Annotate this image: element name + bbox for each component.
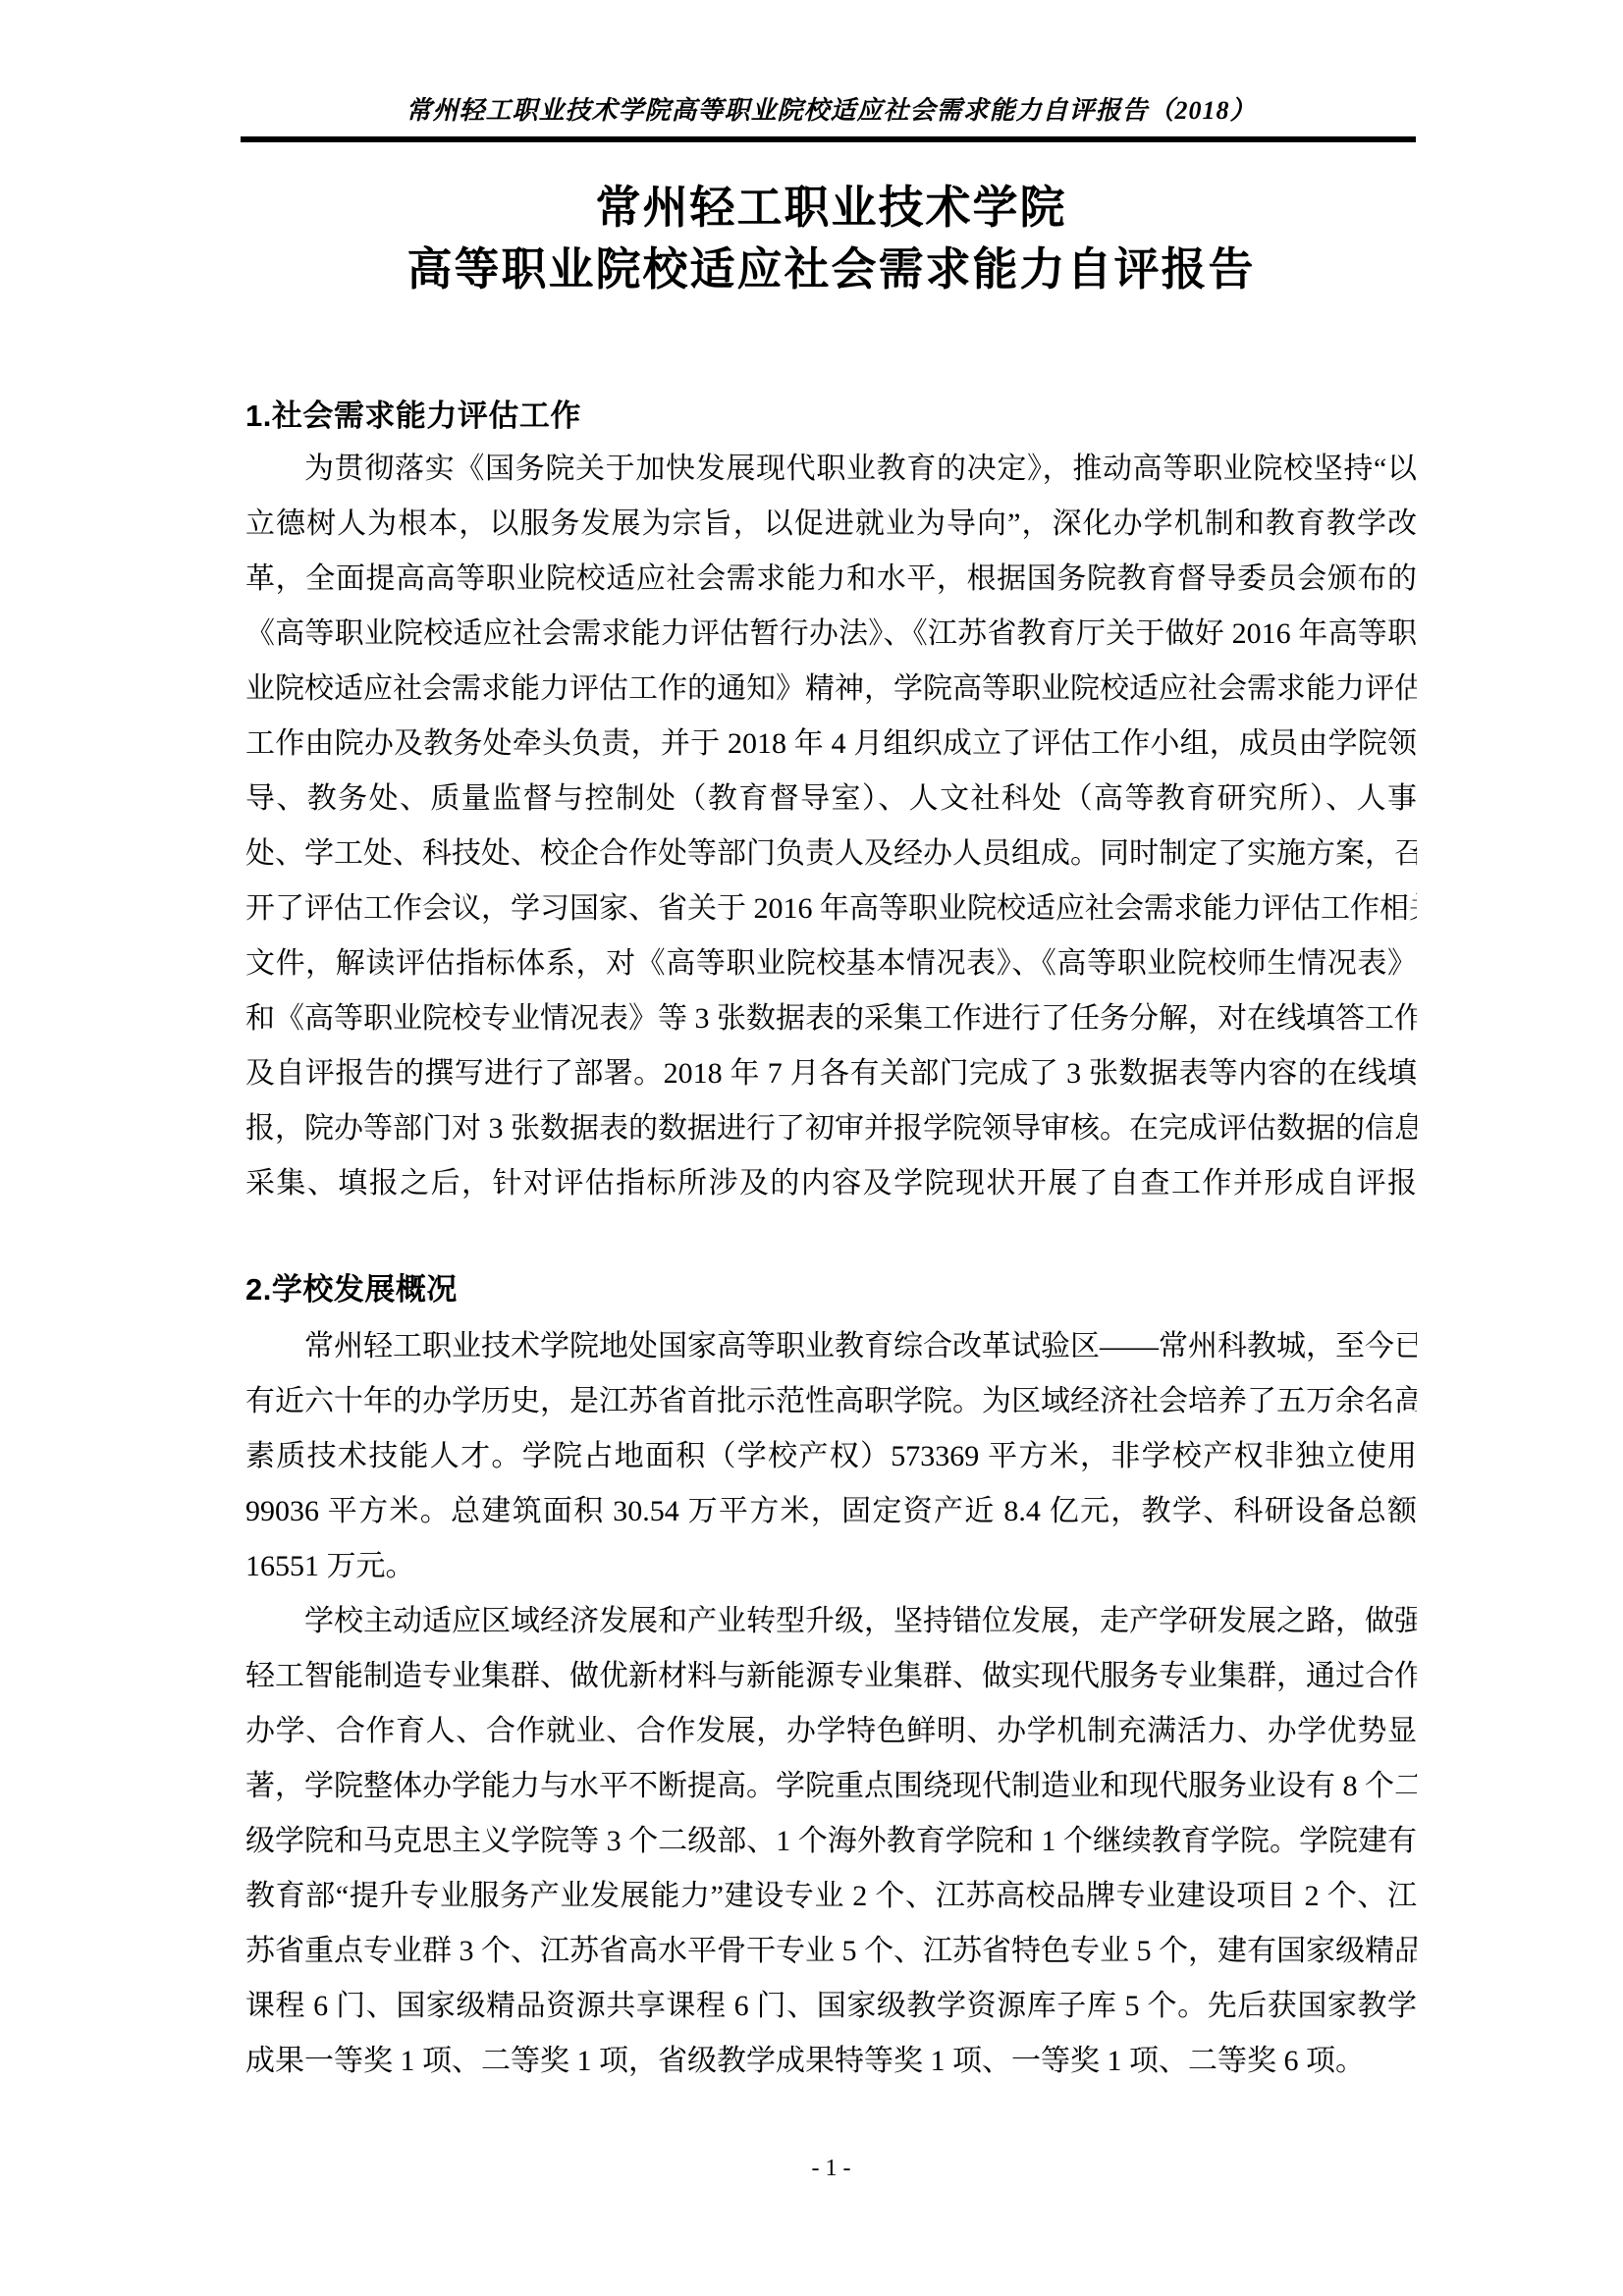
text-line: 处、学工处、科技处、校企合作处等部门负责人及经办人员组成。同时制定了实施方案，召 bbox=[245, 827, 1417, 881]
text-line: 文件，解读评估指标体系，对《高等职业院校基本情况表》、《高等职业院校师生情况表》 bbox=[245, 936, 1417, 991]
text-line: 素质技术技能人才。学院占地面积（学校产权）573369 平方米，非学校产权非独立… bbox=[245, 1429, 1417, 1484]
text-line: 16551 万元。 bbox=[245, 1539, 1417, 1594]
section-2-paragraph-1: 常州轻工职业技术学院地处国家高等职业教育综合改革试验区——常州科教城，至今已有近… bbox=[245, 1319, 1417, 1594]
text-line: 成果一等奖 1 项、二等奖 1 项，省级教学成果特等奖 1 项、一等奖 1 项、… bbox=[245, 2034, 1417, 2089]
text-line: 为贯彻落实《国务院关于加快发展现代职业教育的决定》，推动高等职业院校坚持“以 bbox=[245, 442, 1417, 497]
text-line: 工作由院办及教务处牵头负责，并于 2018 年 4 月组织成立了评估工作小组，成… bbox=[245, 717, 1417, 772]
text-line: 苏省重点专业群 3 个、江苏省高水平骨干专业 5 个、江苏省特色专业 5 个，建… bbox=[245, 1924, 1417, 1979]
text-line: 及自评报告的撰写进行了部署。2018 年 7 月各有关部门完成了 3 张数据表等… bbox=[245, 1046, 1417, 1101]
section-2-heading: 2.学校发展概况 bbox=[245, 1266, 1417, 1313]
text-line: 著，学院整体办学能力与水平不断提高。学院重点围绕现代制造业和现代服务业设有 8 … bbox=[245, 1759, 1417, 1814]
text-line: 课程 6 门、国家级精品资源共享课程 6 门、国家级教学资源库子库 5 个。先后… bbox=[245, 1979, 1417, 2034]
text-line: 报，院办等部门对 3 张数据表的数据进行了初审并报学院领导审核。在完成评估数据的… bbox=[245, 1101, 1417, 1156]
text-line: 有近六十年的办学历史，是江苏省首批示范性高职学院。为区域经济社会培养了五万余名高 bbox=[245, 1374, 1417, 1429]
section-1-heading: 1.社会需求能力评估工作 bbox=[245, 393, 1417, 440]
document-title-line-1: 常州轻工职业技术学院 bbox=[245, 177, 1417, 239]
header-rule bbox=[241, 136, 1416, 142]
text-line: 教育部“提升专业服务产业发展能力”建设专业 2 个、江苏高校品牌专业建设项目 2… bbox=[245, 1869, 1417, 1924]
text-line: 业院校适应社会需求能力评估工作的通知》精神，学院高等职业院校适应社会需求能力评估 bbox=[245, 662, 1417, 717]
text-line: 立德树人为根本，以服务发展为宗旨，以促进就业为导向”，深化办学机制和教育教学改 bbox=[245, 497, 1417, 552]
running-header: 常州轻工职业技术学院高等职业院校适应社会需求能力自评报告（2018） bbox=[245, 90, 1417, 127]
document-title: 常州轻工职业技术学院 高等职业院校适应社会需求能力自评报告 bbox=[245, 177, 1417, 300]
text-line: 革，全面提高高等职业院校适应社会需求能力和水平，根据国务院教育督导委员会颁布的 bbox=[245, 552, 1417, 607]
text-line: 办学、合作育人、合作就业、合作发展，办学特色鲜明、办学机制充满活力、办学优势显 bbox=[245, 1704, 1417, 1759]
text-line: 采集、填报之后，针对评估指标所涉及的内容及学院现状开展了自查工作并形成自评报告。 bbox=[245, 1156, 1417, 1211]
text-line: 99036 平方米。总建筑面积 30.54 万平方米，固定资产近 8.4 亿元，… bbox=[245, 1484, 1417, 1539]
text-line: 常州轻工职业技术学院地处国家高等职业教育综合改革试验区——常州科教城，至今已 bbox=[245, 1319, 1417, 1374]
text-line: 轻工智能制造专业集群、做优新材料与新能源专业集群、做实现代服务专业集群，通过合作 bbox=[245, 1649, 1417, 1704]
text-line: 导、教务处、质量监督与控制处（教育督导室）、人文社科处（高等教育研究所）、人事 bbox=[245, 772, 1417, 827]
document-title-line-2: 高等职业院校适应社会需求能力自评报告 bbox=[245, 239, 1417, 300]
section-2-paragraph-2: 学校主动适应区域经济发展和产业转型升级，坚持错位发展，走产学研发展之路，做强轻工… bbox=[245, 1594, 1417, 2089]
document-page: 常州轻工职业技术学院高等职业院校适应社会需求能力自评报告（2018） 常州轻工职… bbox=[0, 0, 1623, 2296]
section-2-paragraphs: 常州轻工职业技术学院地处国家高等职业教育综合改革试验区——常州科教城，至今已有近… bbox=[245, 1319, 1417, 2089]
page-number: - 1 - bbox=[245, 2154, 1417, 2183]
text-line: 学校主动适应区域经济发展和产业转型升级，坚持错位发展，走产学研发展之路，做强 bbox=[245, 1594, 1417, 1649]
text-line: 和《高等职业院校专业情况表》等 3 张数据表的采集工作进行了任务分解，对在线填答… bbox=[245, 991, 1417, 1046]
section-1-paragraph: 为贯彻落实《国务院关于加快发展现代职业教育的决定》，推动高等职业院校坚持“以立德… bbox=[245, 442, 1417, 1211]
text-line: 开了评估工作会议，学习国家、省关于 2016 年高等职业院校适应社会需求能力评估… bbox=[245, 881, 1417, 936]
text-line: 级学院和马克思主义学院等 3 个二级部、1 个海外教育学院和 1 个继续教育学院… bbox=[245, 1814, 1417, 1869]
text-line: 《高等职业院校适应社会需求能力评估暂行办法》、《江苏省教育厅关于做好 2016 … bbox=[245, 607, 1417, 662]
